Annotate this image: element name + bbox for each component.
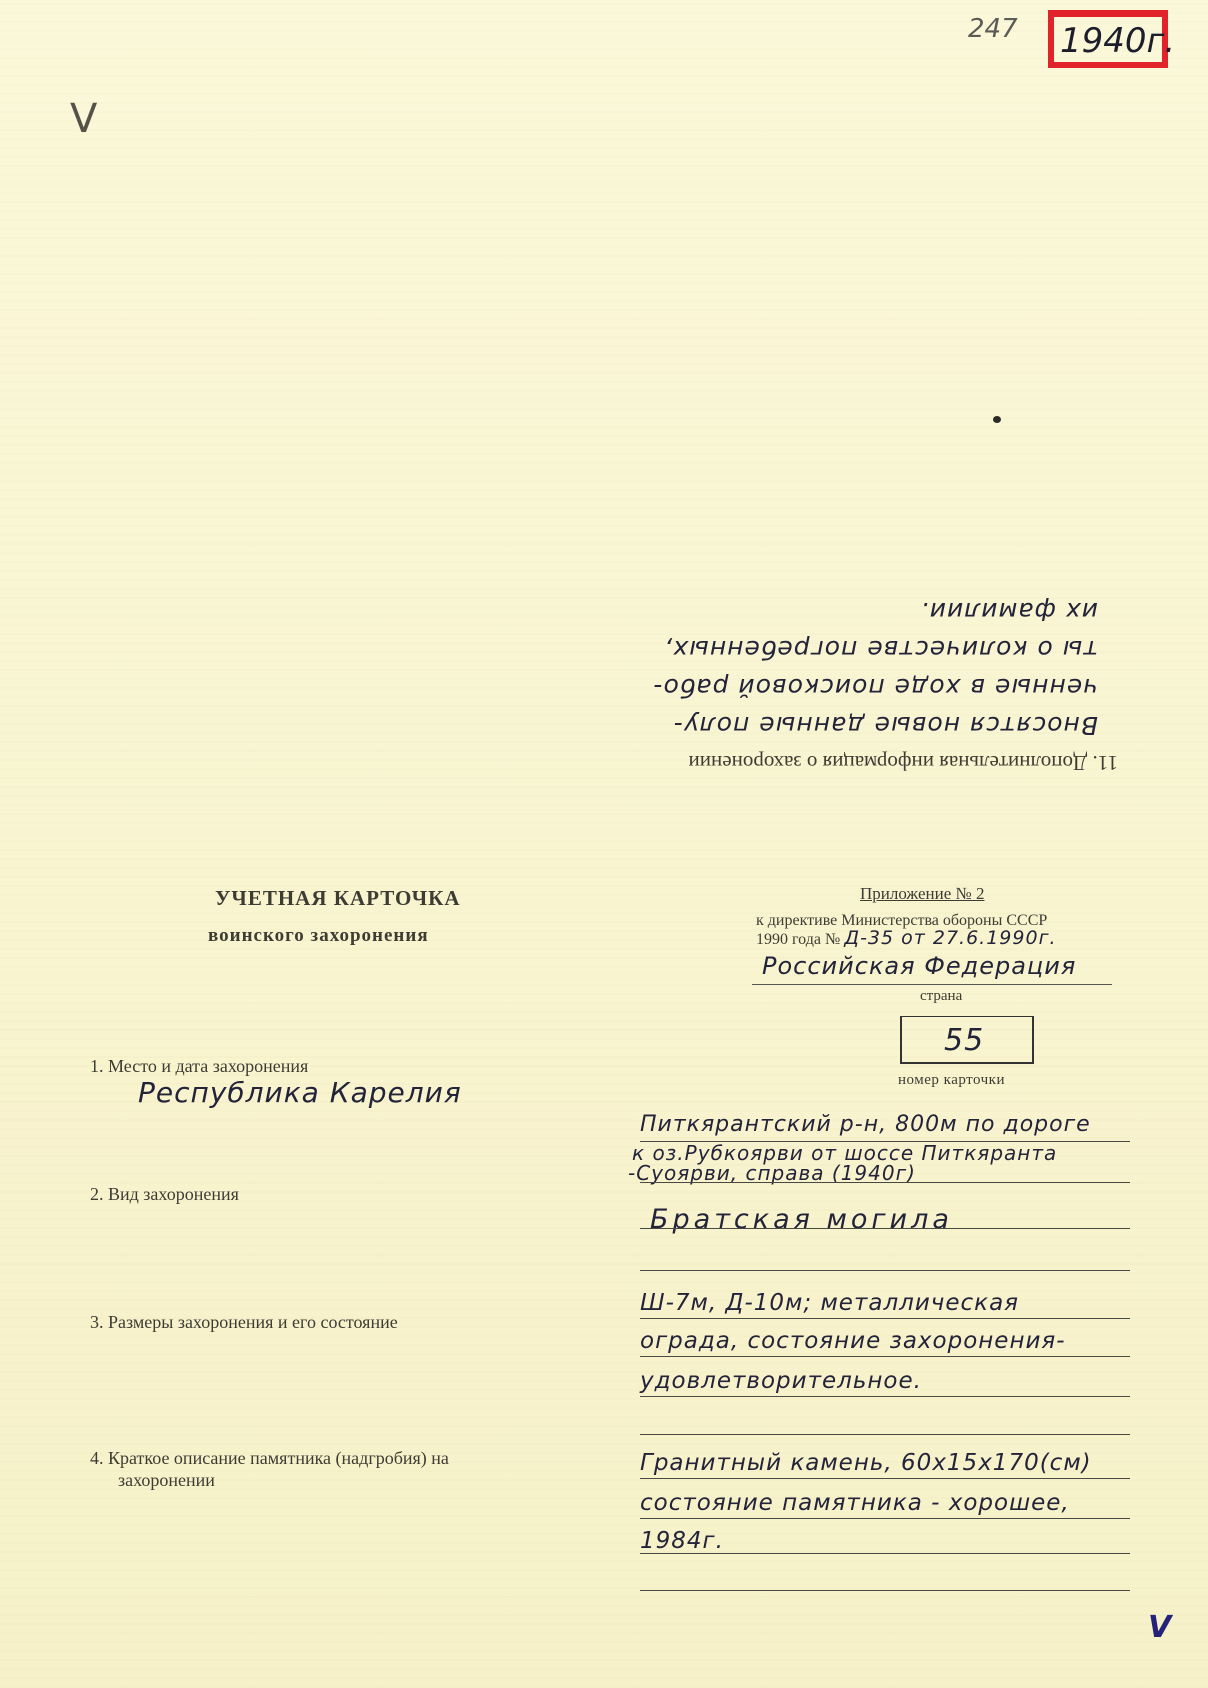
form-line (640, 1518, 1130, 1519)
additional-info-line: Вносятся новые данные полу- (598, 706, 1098, 744)
field-value-burial-type: Братская могила (650, 1204, 953, 1235)
additional-info-line: ченные в ходе поисковой рабо- (598, 668, 1098, 706)
additional-info-line: их фамилии. (598, 592, 1098, 630)
field-value-region: Республика Карелия (138, 1076, 462, 1109)
year-stamp-text: 1940г. (1060, 21, 1175, 61)
additional-info-line: ты о количестве погребенных, (598, 630, 1098, 668)
country-underline (752, 984, 1112, 985)
field-value-location: к оз.Рубкоярви от шоссе Питкяранта (632, 1144, 1057, 1162)
form-line (640, 1270, 1130, 1271)
card-number: 55 (944, 1023, 984, 1058)
field-value-dimensions: Ш-7м, Д-10м; металлическая (640, 1290, 1019, 1316)
check-mark-icon: V (1148, 1610, 1171, 1645)
field-label-dimensions: 3. Размеры захоронения и его состояние (90, 1312, 398, 1333)
appendix-label: Приложение № 2 (860, 884, 984, 904)
field-label-monument: захоронении (118, 1470, 215, 1491)
card-subtitle: воинского захоронения (208, 925, 429, 947)
additional-info-section: 11. Дополнительная информация о захороне… (598, 592, 1118, 775)
card-number-label: номер карточки (898, 1072, 1005, 1089)
year-stamp: 1940г. (1048, 10, 1168, 68)
form-line (640, 1553, 1130, 1554)
card-number-box: 55 (900, 1016, 1034, 1064)
field-value-location: -Суоярви, справа (1940г) (628, 1164, 916, 1182)
form-line (640, 1396, 1130, 1397)
country-value: Российская Федерация (762, 952, 1076, 980)
country-label: страна (920, 988, 962, 1005)
directive-number-date: Д-35 от 27.6.1990г. (844, 927, 1056, 949)
form-line (640, 1318, 1130, 1319)
field-label-burial-place: 1. Место и дата захоронения (90, 1056, 308, 1077)
form-line (640, 1590, 1130, 1591)
field-value-monument: 1984г. (640, 1528, 724, 1554)
field-value-dimensions: удовлетворительное. (640, 1368, 922, 1394)
form-line (640, 1182, 1130, 1183)
field-value-dimensions: ограда, состояние захоронения- (640, 1328, 1066, 1354)
field-label-burial-type: 2. Вид захоронения (90, 1184, 239, 1205)
archive-number: 247 (968, 14, 1018, 44)
field-value-monument: Гранитный камень, 60х15х170(см) (640, 1450, 1092, 1476)
field-label-monument: 4. Краткое описание памятника (надгробия… (90, 1448, 449, 1469)
directive-line: 1990 года № Д-35 от 27.6.1990г. (756, 927, 1057, 949)
field-value-monument: состояние памятника - хорошее, (640, 1490, 1070, 1516)
card-title: УЧЕТНАЯ КАРТОЧКА (215, 886, 461, 911)
directive-prefix: 1990 года № (756, 931, 840, 948)
form-line (640, 1434, 1130, 1435)
field-value-location: Питкярантский р-н, 800м по дороге (640, 1112, 1091, 1137)
form-line (640, 1478, 1130, 1479)
form-line (640, 1228, 1130, 1229)
form-line (640, 1356, 1130, 1357)
additional-info-label: 11. Дополнительная информация о захороне… (598, 750, 1118, 775)
check-mark-icon: V (70, 96, 97, 142)
ink-dot (993, 416, 1001, 423)
